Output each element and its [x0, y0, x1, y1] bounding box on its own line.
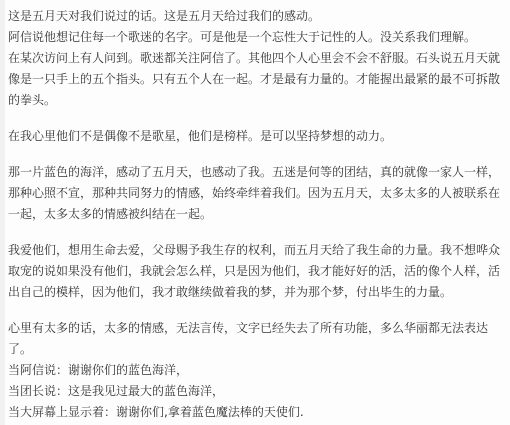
paragraph-blue-ocean: 那一片蓝色的海洋，感动了五月天，也感动了我。五迷是何等的团结，真的就像一家人一样… — [8, 162, 506, 225]
paragraph-mayday-words: 这是五月天对我们说过的话。这是五月天给过我们的感动。 阿信说他想记住每一个歌迷的… — [8, 6, 506, 111]
document-page: 这是五月天对我们说过的话。这是五月天给过我们的感动。 阿信说他想记住每一个歌迷的… — [0, 0, 510, 425]
document-content: 这是五月天对我们说过的话。这是五月天给过我们的感动。 阿信说他想记住每一个歌迷的… — [8, 6, 506, 423]
left-gutter — [0, 0, 5, 425]
paragraph-closing-thanks: 心里有太多的话，太多的情感，无法言传，文字已经失去了所有功能，多么华丽都无法表达… — [8, 318, 506, 423]
paragraph-love-them: 我爱他们，想用生命去爱，父母赐予我生存的权利，而五月天给了我生命的力量。我不想哗… — [8, 240, 506, 303]
paragraph-role-models: 在我心里他们不是偶像不是歌星，他们是榜样。是可以坚持梦想的动力。 — [8, 126, 506, 147]
